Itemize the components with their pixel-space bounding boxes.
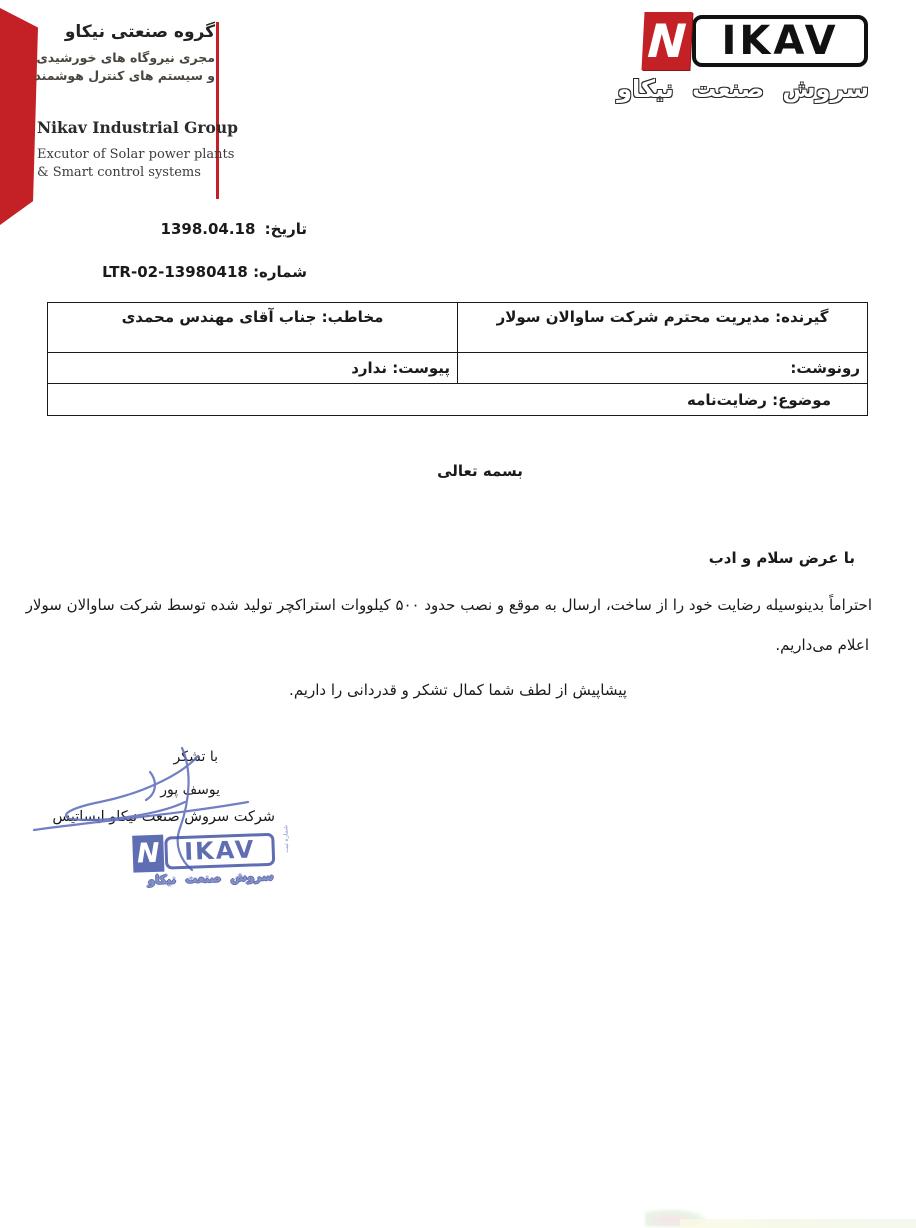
addressee-cell: مخاطب: جناب آقای مهندس محمدی [48,303,458,353]
signature-company: شرکت سروش صنعت نیکاو ایساتیس [52,809,275,825]
brand-fa-block: گروه صنعتی نیکاو مجری نیروگاه های خورشید… [34,22,215,85]
attachment-cell: پیوست: ندارد [48,353,458,384]
letter-page: گروه صنعتی نیکاو مجری نیروگاه های خورشید… [0,0,916,1228]
copy-to-cell: رونوشت: [458,353,868,384]
brand-en-line1: Excutor of Solar power plants [37,146,238,164]
letter-info-table: گیرنده: مدیریت محترم شرکت ساوالان سولار … [47,302,868,416]
stamp-wordmark: N IKAV [132,829,287,872]
nikav-logo-wordmark: N IKAV [643,10,869,72]
signature-regards: با تشکر [174,749,218,765]
letter-number-line: شماره: 13980418-LTR-02 [102,263,307,281]
brand-en-block: Nikav Industrial Group Excutor of Solar … [37,118,238,181]
logo-n-box: N [641,12,692,70]
date-value: 1398.04.18 [161,220,256,238]
company-stamp: N IKAV سروش صنعت نیکاو شماره ثبت [132,829,288,887]
number-label: شماره: [253,263,307,281]
nikav-logo: N IKAV سروش صنعت نیکاو [643,10,869,103]
thanks-line: پیشاپیش از لطف شما کمال تشکر و قدردانی ر… [0,681,916,699]
red-banner-shape [0,8,38,225]
logo-ikav-box: IKAV [692,15,868,67]
body-paragraph-line2: اعلام می‌داریم. [775,636,869,654]
signature-name: یوسف پور [160,782,220,798]
recipient-cell: گیرنده: مدیریت محترم شرکت ساوالان سولار [458,303,868,353]
besmeh-taala: بسمه تعالی [44,462,916,480]
brand-fa-line2: و سیستم های کنترل هوشمند [34,67,215,85]
date-label: تاریخ: [265,220,307,238]
letter-date-line: تاریخ: 1398.04.18 [161,220,307,238]
subject-cell: موضوع: رضایت‌نامه [48,384,868,416]
stamp-side-text: شماره ثبت [283,825,291,853]
salutation-line: با عرض سلام و ادب [709,549,855,567]
brand-fa-title: گروه صنعتی نیکاو [34,22,215,42]
stamp-ikav-box: IKAV [164,832,275,869]
stamp-n-box: N [132,834,164,872]
brand-en-title: Nikav Industrial Group [37,118,238,137]
body-paragraph-line1: احتراماً بدینوسیله رضایت خود را از ساخت،… [45,596,872,614]
brand-fa-line1: مجری نیروگاه های خورشیدی [34,49,215,67]
number-value: 13980418-LTR-02 [102,263,248,281]
logo-subtitle-fa: سروش صنعت نیکاو [643,75,869,103]
scan-color-strip [680,1219,916,1228]
brand-en-line2: & Smart control systems [37,164,238,182]
